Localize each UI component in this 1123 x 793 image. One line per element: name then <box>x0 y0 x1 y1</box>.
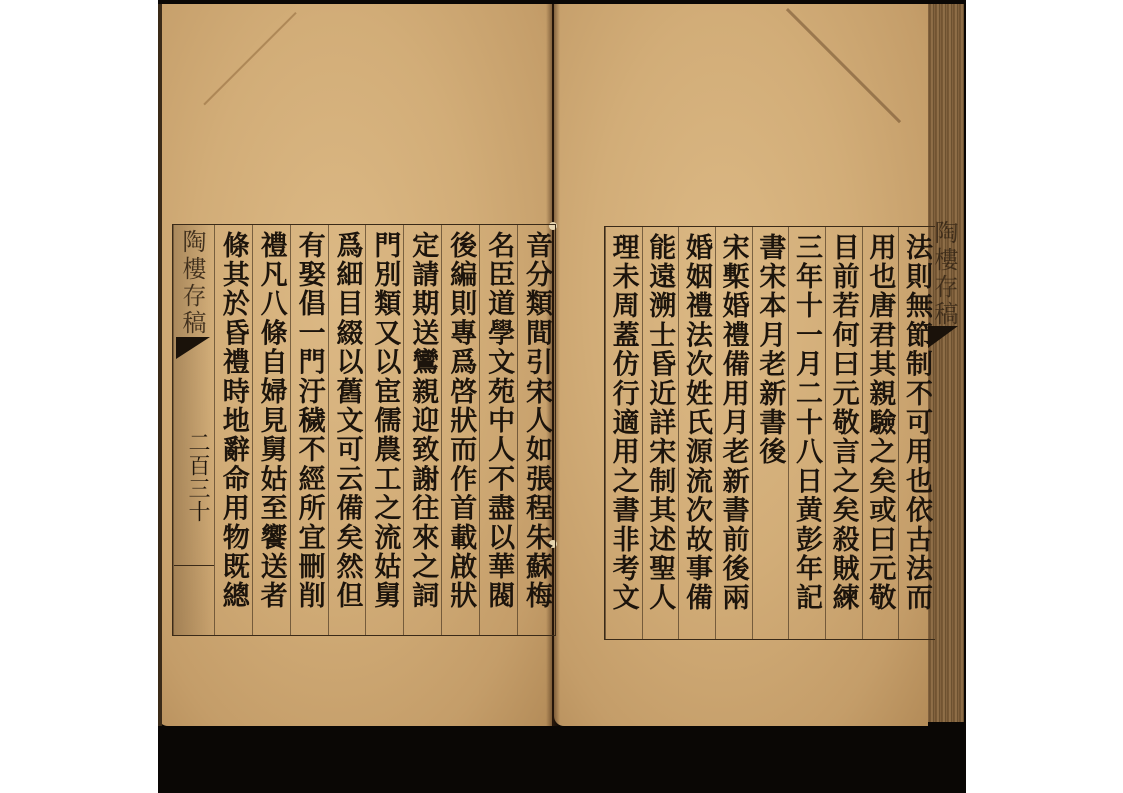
book-title: 陶樓存稿 <box>178 229 206 337</box>
right-block-heart-margin: 陶樓存稿 <box>926 212 966 352</box>
text-column: 音分類間引宋人如張程朱蘇梅王曹文彭諸姓所繫皆 <box>517 225 555 635</box>
block-heart-margin: 陶樓存稿 二百三十 <box>173 225 214 635</box>
page-number: 二百三十 <box>184 431 210 523</box>
text-column: 門別類又以宦儒農工之流姑舅姻亞交婚續娶之屬詳 <box>365 225 403 635</box>
text-column: 婚姻禮法次姓氏源流次故事備要其言禮僅載家禮不 <box>678 227 715 639</box>
text-column: 理未周蓋仿行適用之書非考文之作其編次姓氏以五 <box>605 227 642 639</box>
text-column: 條其於昏禮時地辭命用物既總記之又自納采至姆辭 <box>214 225 252 635</box>
text-column: 宋槧婚禮備用月老新書前後兩編各十二卷前編首載 <box>715 227 752 639</box>
text-column: 有娶倡一門汙穢不經所宜刪削考士昏禮自納采至成 <box>290 225 328 635</box>
left-board-edge <box>158 4 162 726</box>
text-column: 用也唐君其親驗之矣或曰元敬所言教練之事今宼在 <box>862 227 899 639</box>
left-text-frame: 音分類間引宋人如張程朱蘇梅王曹文彭諸姓所繫皆 名臣道學文苑中人不盡以華閥爲貴尙似… <box>172 224 556 636</box>
right-text-frame: 法則無節制不可用也依古法而徒求之文字其法不可 用也唐君其親驗之矣或曰元敬所言教練… <box>604 226 935 640</box>
margin-rule <box>174 565 214 566</box>
text-column: 禮凡八條自婦見舅姑至饗送者凡五條又有舅姑歿一 <box>252 225 290 635</box>
text-column: 能遠溯士昏近詳宋制其述聖人訓戒雜引經史亦於事 <box>642 227 679 639</box>
open-book: 音分類間引宋人如張程朱蘇梅王曹文彭諸姓所繫皆 名臣道學文苑中人不盡以華閥爲貴尙似… <box>158 0 966 793</box>
text-column: 後編則專爲啓狀而作首載啟狀諸式其於請媒求親聘 <box>441 225 479 635</box>
fishtail-mark-icon <box>928 326 958 348</box>
text-column: 定請期送鸞親迎致謝往來之詞告廟致神之語既爲分 <box>403 225 441 635</box>
text-column: 三年十一月二十八日黄彭年記 <box>788 227 825 639</box>
text-column: 目前若何曰元敬言之矣殺賊練兵可以並行不悖咸豐 <box>825 227 862 639</box>
fishtail-mark-icon <box>176 337 210 359</box>
text-column: 爲細目綴以舊文可云備矣然但求備事而不暇擇言至 <box>328 225 366 635</box>
text-column: 名臣道學文苑中人不盡以華閥爲貴尙似有學人所爲 <box>479 225 517 635</box>
book-title: 陶樓存稿 <box>930 220 958 328</box>
text-column: 書宋本月老新書後 <box>752 227 789 639</box>
